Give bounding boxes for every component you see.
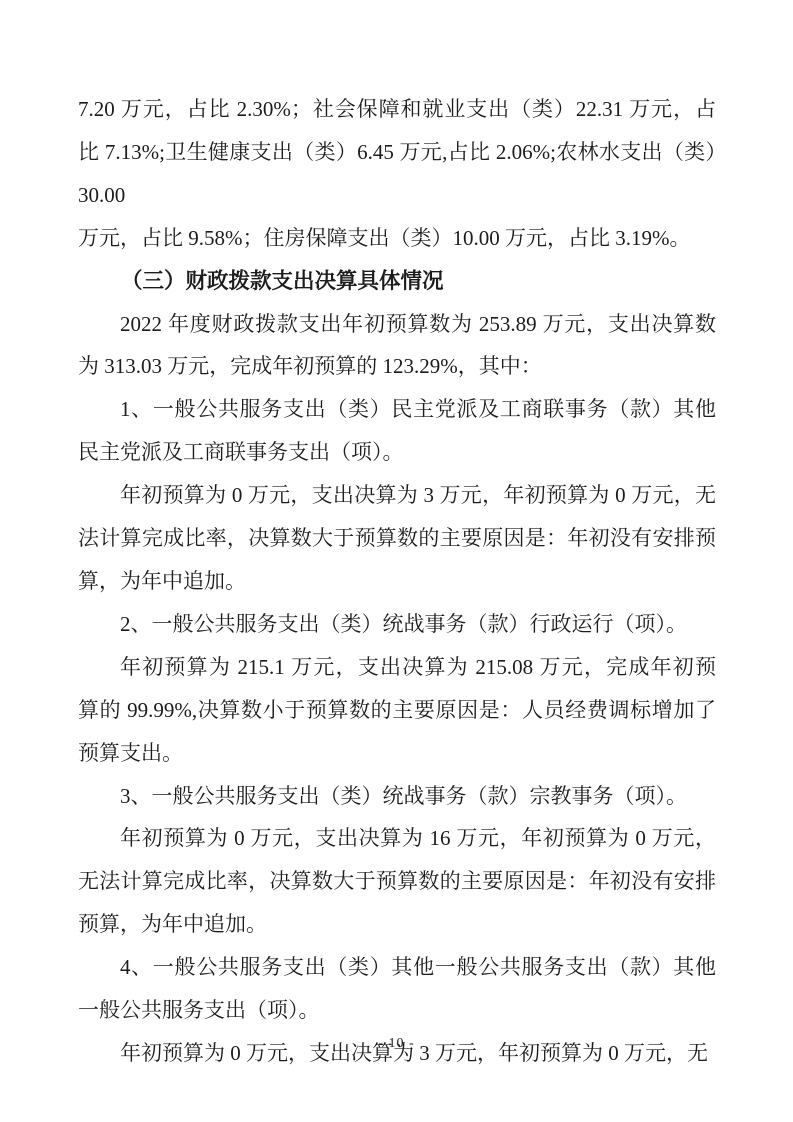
text-line: 7.20 万元，占比 2.30%；社会保障和就业支出（类）22.31 万元，占	[78, 88, 716, 131]
text-line: 无法计算完成比率，决算数大于预算数的主要原因是：年初没有安排	[78, 860, 716, 903]
text-line: 民主党派及工商联事务支出（项）。	[78, 431, 716, 474]
text-line: 预算，为年中追加。	[78, 903, 716, 946]
page-number: - 10 -	[0, 1036, 793, 1052]
text-line: 预算支出。	[78, 732, 716, 775]
text-line: 2、一般公共服务支出（类）统战事务（款）行政运行（项）。	[78, 603, 716, 646]
text-line: 1、一般公共服务支出（类）民主党派及工商联事务（款）其他	[78, 388, 716, 431]
document-page: 7.20 万元，占比 2.30%；社会保障和就业支出（类）22.31 万元，占比…	[0, 0, 793, 1122]
text-line: 一般公共服务支出（项）。	[78, 989, 716, 1032]
text-line: 2022 年度财政拨款支出年初预算数为 253.89 万元，支出决算数	[78, 303, 716, 346]
text-line: 年初预算为 0 万元，支出决算为 16 万元，年初预算为 0 万元，	[78, 817, 716, 860]
text-line: 4、一般公共服务支出（类）其他一般公共服务支出（款）其他	[78, 946, 716, 989]
document-body: 7.20 万元，占比 2.30%；社会保障和就业支出（类）22.31 万元，占比…	[78, 88, 716, 1075]
text-line: 为 313.03 万元，完成年初预算的 123.29%，其中：	[78, 345, 716, 388]
text-line: 法计算完成比率，决算数大于预算数的主要原因是：年初没有安排预	[78, 517, 716, 560]
text-line: 年初预算为 0 万元，支出决算为 3 万元，年初预算为 0 万元，无	[78, 474, 716, 517]
section-heading: （三）财政拨款支出决算具体情况	[78, 260, 716, 303]
text-line: 算的 99.99%,决算数小于预算数的主要原因是：人员经费调标增加了	[78, 689, 716, 732]
text-line: 年初预算为 215.1 万元，支出决算为 215.08 万元，完成年初预	[78, 646, 716, 689]
text-line: 比 7.13%;卫生健康支出（类）6.45 万元,占比 2.06%;农林水支出（…	[78, 131, 716, 217]
text-line: 万元，占比 9.58%；住房保障支出（类）10.00 万元，占比 3.19%。	[78, 217, 716, 260]
text-line: 3、一般公共服务支出（类）统战事务（款）宗教事务（项）。	[78, 775, 716, 818]
text-line: 算，为年中追加。	[78, 560, 716, 603]
